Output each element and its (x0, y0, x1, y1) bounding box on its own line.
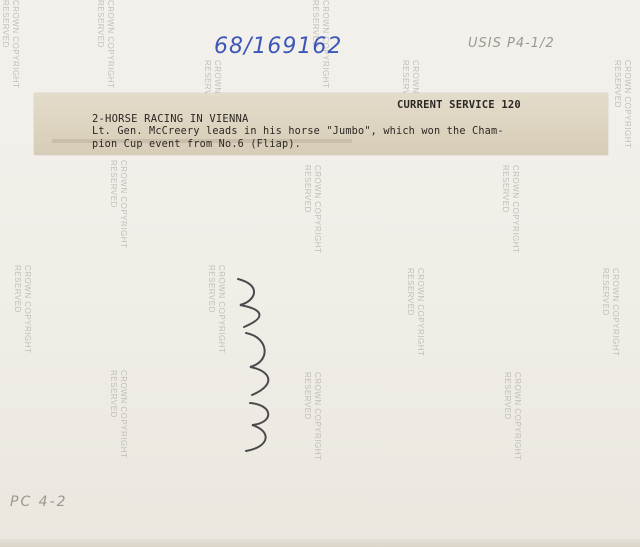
watermark-stamp: CROWN COPYRIGHT RESERVED (302, 372, 322, 460)
caption-body-line-1: Lt. Gen. McCreery leads in his horse "Ju… (92, 126, 504, 137)
pencil-note-bottom-left: PC 4-2 (10, 494, 68, 510)
watermark-stamp: CROWN COPYRIGHT RESERVED (108, 160, 128, 248)
watermark-stamp: CROWN COPYRIGHT RESERVED (12, 265, 32, 353)
watermark-stamp: CROWN COPYRIGHT RESERVED (0, 0, 20, 88)
watermark-stamp: CROWN COPYRIGHT RESERVED (612, 60, 632, 148)
watermark-stamp: CROWN COPYRIGHT RESERVED (600, 268, 620, 356)
watermark-stamp: CROWN COPYRIGHT RESERVED (302, 165, 322, 253)
handwritten-reference-number: 68/169162 (214, 34, 342, 59)
watermark-stamp: CROWN COPYRIGHT RESERVED (108, 370, 128, 458)
watermark-stamp: CROWN COPYRIGHT RESERVED (502, 372, 522, 460)
watermark-stamp: CROWN COPYRIGHT RESERVED (206, 265, 226, 353)
pencil-note-top-right: USIS P4-1/2 (468, 36, 555, 51)
watermark-stamp: CROWN COPYRIGHT RESERVED (500, 165, 520, 253)
service-line: CURRENT SERVICE 120 (397, 99, 521, 111)
caption-headline: 2-HORSE RACING IN VIENNA (92, 113, 249, 125)
caption-body-line-2: pion Cup event from No.6 (Fliap). (92, 139, 301, 150)
watermark-stamp: CROWN COPYRIGHT RESERVED (405, 268, 425, 356)
watermark-stamp: CROWN COPYRIGHT RESERVED (95, 0, 115, 88)
paper-edge (0, 539, 640, 547)
signature-mark (232, 275, 282, 455)
